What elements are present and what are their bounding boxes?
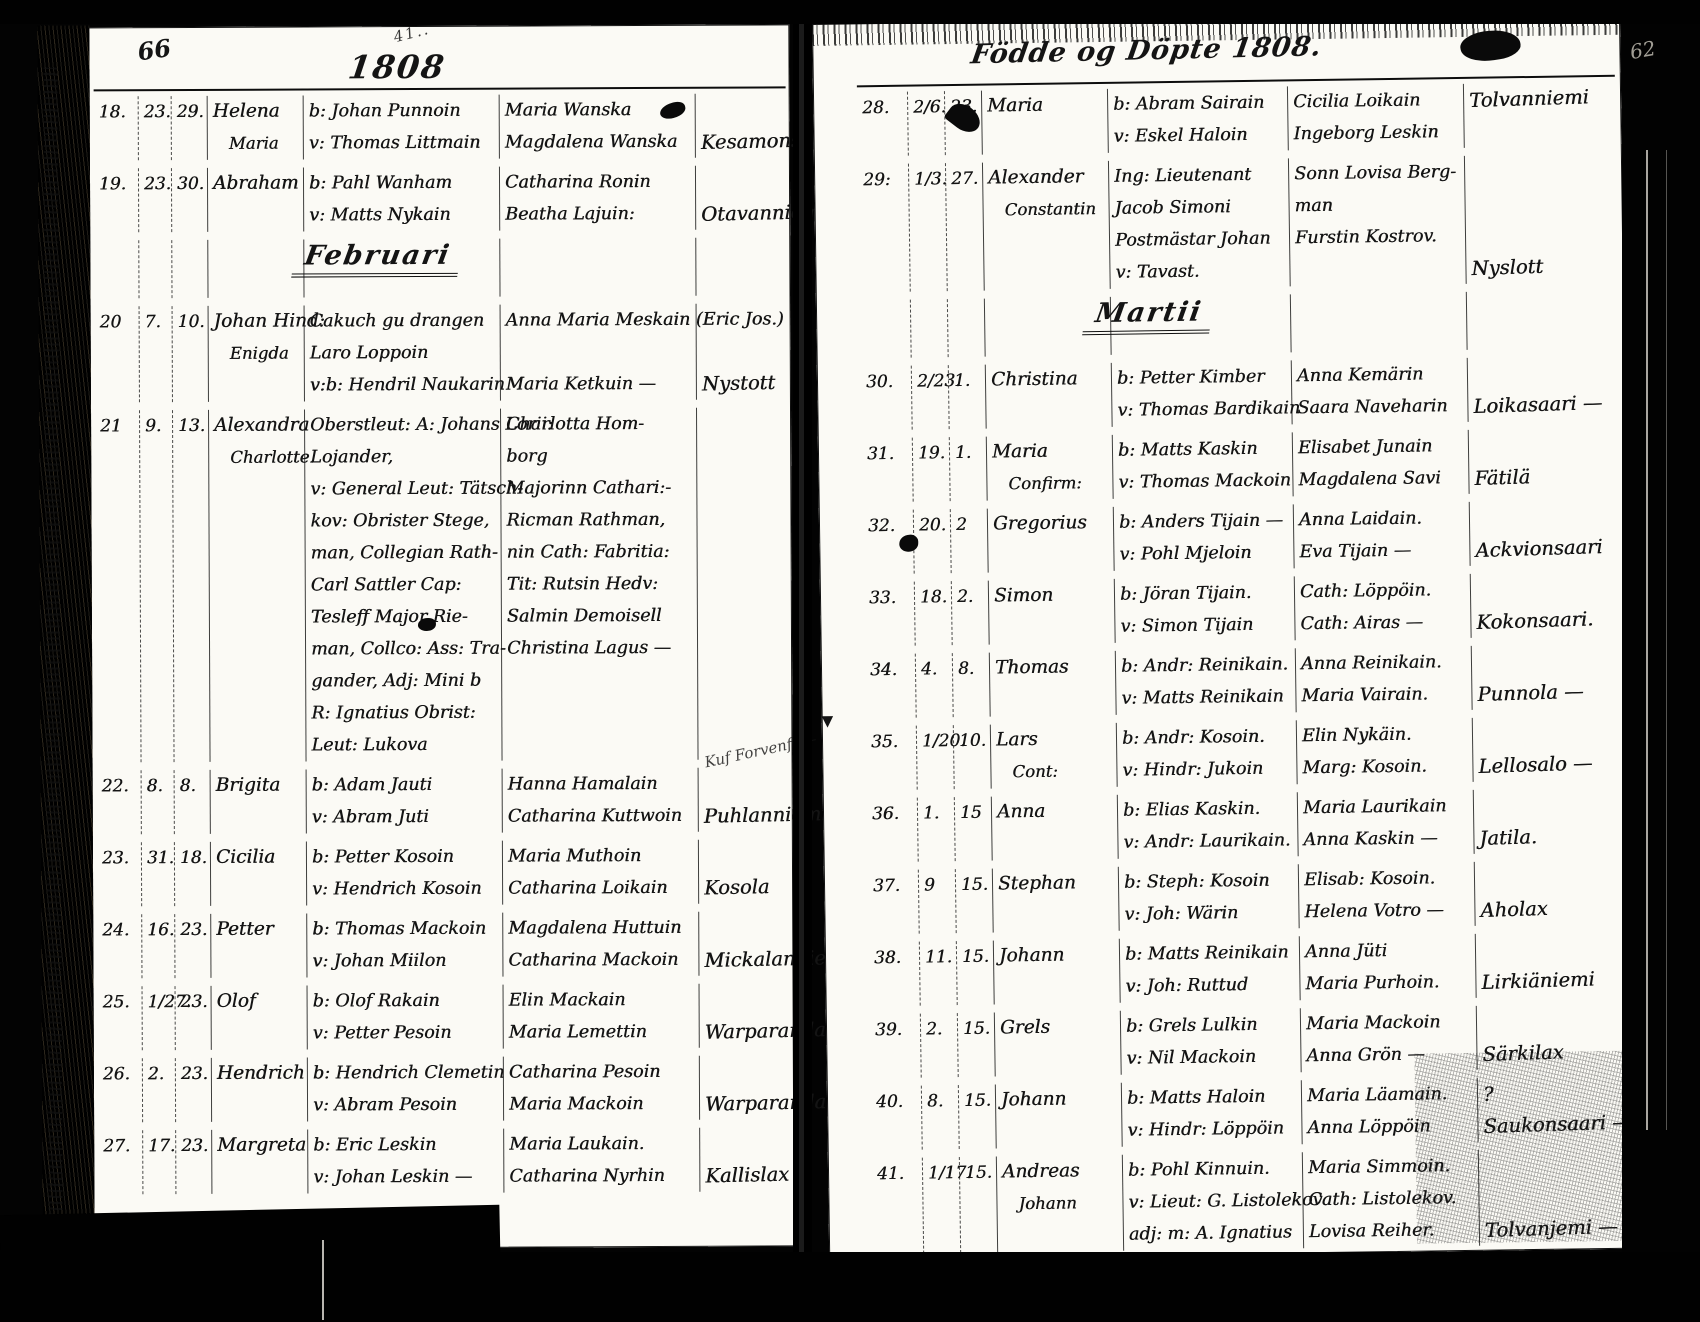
- entry-line: 23.: [181, 986, 209, 1018]
- entry-line: borg: [506, 440, 694, 473]
- entry-line: Olof: [217, 986, 305, 1018]
- scan-noise-bottom-right: [1414, 1051, 1627, 1244]
- homestead-place: Lirkiäniemi: [1475, 932, 1628, 998]
- entry-number: 20: [95, 306, 139, 402]
- born-day: 1/27.: [142, 986, 175, 1050]
- fathers-witnesses: b: Matts Kaskinv: Thomas Mackoin: [1112, 432, 1293, 499]
- entry-line: v: Hindr: Löppöin: [1127, 1112, 1299, 1146]
- entry-line: 39.: [875, 1014, 918, 1047]
- register-row: 34.4.8.Thomasb: Andr: Reinikain.v: Matts…: [865, 639, 1624, 722]
- fathers-witnesses: b: Matts Haloinv: Hindr: Löppöin: [1121, 1080, 1302, 1147]
- baptized-day: 10.: [953, 725, 991, 790]
- entry-line: 18.: [99, 96, 136, 128]
- entry-line: 33.: [869, 582, 912, 615]
- right-scan-border: 62: [1622, 0, 1700, 1322]
- register-row: 24.16.23.Petterb: Thomas Mackoinv: Johan…: [97, 906, 789, 981]
- fathers-witnesses: Oberstleut: A: Johans Lorii:Lojander,v: …: [304, 409, 502, 762]
- entry-line: Elin Nykäin.: [1302, 718, 1470, 752]
- child-name: Brigita: [210, 770, 306, 834]
- register-row: 219.13.AlexandraCharlotte.Oberstleut: A:…: [95, 402, 789, 765]
- born-day: 1/3.: [908, 163, 947, 292]
- entry-line: 20.: [919, 509, 948, 541]
- born-day: 1/20.: [916, 725, 954, 790]
- entry-line: Alexandra: [214, 410, 302, 442]
- mothers-witnesses: Maria LaurikainAnna Kaskin —: [1297, 790, 1474, 856]
- child-name: LarsCont:: [990, 723, 1117, 789]
- fathers-witnesses: b: Petter Kimberv: Thomas Bardikain: [1111, 360, 1292, 427]
- entry-line: b: Steph: Kosoin: [1124, 864, 1296, 898]
- entry-line: 15.: [963, 1013, 992, 1045]
- child-name: Petter: [210, 914, 306, 978]
- baptized-day: 8.: [952, 653, 990, 718]
- child-name: Olof: [211, 986, 307, 1050]
- entry-line: 1.: [923, 797, 952, 829]
- entry-line: Johan Hind:: [214, 306, 302, 338]
- place-line: Nyslott: [1471, 249, 1616, 286]
- born-day: 2/6.: [907, 91, 945, 156]
- baptized-day: 15.: [957, 1013, 995, 1078]
- homestead-place: Loikasaari —: [1467, 356, 1620, 422]
- entry-line: Maria Mackoin: [509, 1088, 697, 1121]
- entry-line: Christina Lagus —: [507, 632, 695, 665]
- entry-line: Johann: [999, 939, 1117, 973]
- entry-line: Maria Laurikain: [1303, 790, 1471, 824]
- grid-cell: [138, 240, 171, 298]
- born-day: 18.: [914, 581, 952, 646]
- place-line: Lirkiäniemi: [1481, 962, 1626, 999]
- entry-line: 29:: [863, 164, 906, 197]
- entry-line: Anna Kaskin —: [1303, 822, 1471, 856]
- entry-line: Anna Kemärin: [1297, 358, 1465, 392]
- entry-line: 7.: [145, 306, 170, 338]
- entry-line: v: Hindr: Jukoin: [1122, 752, 1294, 786]
- entry-line: 13.: [178, 410, 206, 442]
- place-line: Fätilä: [1474, 459, 1619, 496]
- entry-line: man, Collegian Rath-: [311, 537, 499, 570]
- register-row: 31.19.1.MariaConfirm:b: Matts Kaskinv: T…: [862, 423, 1621, 506]
- entry-line: Maria Mackoin: [1306, 1006, 1474, 1040]
- place-line: [1473, 427, 1618, 464]
- entry-line: b: Jöran Tijain.: [1120, 576, 1292, 610]
- entry-line: 36.: [872, 798, 915, 831]
- fathers-witnesses: Cakuch gu drangenLaro Loppoinv:b: Hendri…: [304, 305, 500, 402]
- entry-line: 23.: [144, 96, 169, 128]
- entry-line: Salmin Demoisell: [507, 600, 695, 633]
- entry-line: b: Abram Sairain: [1113, 86, 1285, 120]
- entry-line: Maria Ketkuin —: [506, 368, 694, 401]
- fathers-witnesses: b: Elias Kaskin.v: Andr: Laurikain.: [1117, 792, 1298, 859]
- entry-line: Charlotte.: [214, 442, 302, 474]
- grid-cell: [910, 299, 948, 358]
- homestead-place: Nyslott: [1464, 154, 1618, 284]
- place-line: Kosola: [704, 871, 788, 905]
- entry-line: v: Johan Miilon: [312, 945, 500, 978]
- entry-number: 18.: [94, 96, 138, 160]
- born-day: 20.: [913, 509, 951, 574]
- entry-line: b: Petter Kimber: [1117, 360, 1289, 394]
- place-line: Kokonsaari.: [1476, 603, 1621, 640]
- entry-line: v: Matts Nykain: [309, 199, 497, 232]
- entry-line: b: Matts Haloin: [1127, 1080, 1299, 1114]
- right-page-title: Födde og Döpte 1808.: [969, 31, 1324, 70]
- entry-line: v:b: Hendril Naukarin: [310, 369, 498, 402]
- child-name: Johann: [993, 939, 1120, 1005]
- baptized-day: 23.: [175, 1130, 211, 1194]
- born-day: 23.: [138, 168, 171, 232]
- fathers-witnesses: Ing: LieutenantJacob SimoniPostmästar Jo…: [1108, 158, 1290, 289]
- entry-line: b: Andr: Reinikain.: [1121, 648, 1293, 682]
- entry-line: 21: [100, 410, 137, 442]
- place-line: [1474, 499, 1619, 536]
- child-name: HelenaMaria: [207, 96, 303, 160]
- child-name: Margreta: [211, 1130, 307, 1194]
- entry-line: 18.: [920, 581, 949, 613]
- child-name: Thomas: [989, 651, 1116, 717]
- entry-line: 1/3.: [914, 163, 943, 195]
- fathers-witnesses: b: Andr: Reinikain.v: Matts Reinikain: [1115, 648, 1296, 715]
- page-edge-streak: [1646, 150, 1648, 1130]
- register-row: 23.31.18.Ciciliab: Petter Kosoinv: Hendr…: [97, 834, 789, 909]
- baptized-day: 18.: [174, 842, 210, 906]
- register-row: 33.18.2.Simonb: Jöran Tijain.v: Simon Ti…: [864, 567, 1623, 650]
- entry-line: 2.: [957, 581, 986, 613]
- entry-line: v: Thomas Littmain: [309, 127, 497, 160]
- fathers-witnesses: b: Petter Kosoinv: Hendrich Kosoin: [306, 841, 502, 906]
- born-day: 7.: [139, 306, 172, 402]
- entry-number: 29:: [858, 164, 910, 293]
- homestead-place: Jatila.: [1473, 788, 1626, 854]
- mothers-witnesses: Magdalena HuttuinCatharina Mackoin: [502, 912, 698, 977]
- entry-line: 2: [956, 509, 985, 541]
- register-row: 35.1/20.10.LarsCont:b: Andr: Kosoin.v: H…: [866, 711, 1625, 794]
- page-edge-streak: [1666, 150, 1667, 1130]
- entry-line: 28.: [862, 92, 905, 125]
- entry-line: Carl Sattler Cap:: [311, 569, 499, 602]
- register-row: 29:1/3.27.AlexanderConstantinIng: Lieute…: [858, 149, 1618, 296]
- entry-line: Ingeborg Leskin: [1293, 116, 1461, 150]
- entry-number: 35.: [866, 726, 917, 791]
- entry-line: 2.: [148, 1058, 173, 1090]
- entry-line: Beatha Lajuin:: [505, 198, 693, 231]
- homestead-place: Ackvionsaari: [1469, 500, 1622, 566]
- entry-line: Confirm:: [992, 467, 1110, 501]
- entry-line: Tit: Rutsin Hedv:: [507, 568, 695, 601]
- child-name: Johan Hind:Enigda: [208, 306, 304, 402]
- child-name: AndreasJohann: [996, 1155, 1123, 1253]
- entry-line: Catharina Pesoin: [509, 1056, 697, 1089]
- entry-line: 1.: [955, 437, 984, 469]
- entry-number: 25.: [98, 986, 142, 1050]
- entry-line: 17.: [148, 1130, 173, 1162]
- born-day: 8.: [141, 770, 174, 834]
- entry-line: 15: [960, 797, 989, 829]
- child-name: MariaConfirm:: [986, 435, 1113, 501]
- entry-line: Catharina Kuttwoin: [508, 800, 696, 833]
- entry-line: 2/6.: [913, 91, 942, 123]
- register-row: 18.23.29.HelenaMariab: Johan Punnoinv: T…: [94, 88, 786, 163]
- entry-line: Cont:: [996, 755, 1114, 789]
- entry-line: Alexander: [988, 161, 1106, 195]
- entry-line: 15.: [964, 1085, 993, 1117]
- entry-line: Charlotta Hom-: [506, 408, 694, 441]
- born-day: 9: [918, 869, 956, 934]
- month-heading-row: Februari: [94, 232, 786, 301]
- child-name: Stephan: [992, 867, 1119, 933]
- entry-line: 10.: [959, 725, 988, 757]
- place-line: [1470, 153, 1615, 190]
- entry-line: Sonn Lovisa Berg-: [1294, 156, 1462, 190]
- entry-line: Margreta: [217, 1130, 305, 1162]
- entry-line: 9.: [145, 410, 170, 442]
- entry-line: 23.: [181, 1130, 209, 1162]
- entry-line: Anna Reinikain.: [1301, 646, 1469, 680]
- entry-line: 15.: [965, 1157, 994, 1189]
- entry-number: 26.: [98, 1058, 142, 1122]
- homestead-place: Tolvanniemi: [1463, 82, 1616, 148]
- register-row: 38.11.15.Johannb: Matts Reinikainv: Joh:…: [869, 927, 1628, 1010]
- mothers-witnesses: Sonn Lovisa Berg-manFurstin Kostrov.: [1288, 156, 1466, 286]
- entry-line: 1/17.: [928, 1157, 957, 1189]
- baptized-day: 2.: [951, 581, 989, 646]
- child-name: Gregorius: [987, 507, 1114, 573]
- entry-line: 23.: [144, 168, 169, 200]
- entry-line: Anna Laidain.: [1299, 502, 1467, 536]
- entry-number: 41.: [872, 1158, 923, 1255]
- entry-line: v: Joh: Ruttud: [1125, 968, 1297, 1002]
- entry-line: Catharina Ronin: [505, 166, 693, 199]
- entry-line: b: Matts Reinikain: [1125, 936, 1297, 970]
- entry-number: 40.: [871, 1086, 922, 1151]
- entry-line: Anna Jüti: [1305, 934, 1473, 968]
- entry-line: v: Petter Pesoin: [313, 1017, 501, 1050]
- entry-line: gander, Adj: Mini b: [311, 665, 499, 698]
- entry-line: 9: [924, 869, 953, 901]
- entry-line: v: Abram Juti: [312, 801, 500, 834]
- baptized-day: 10.: [172, 306, 208, 402]
- entry-line: 8.: [958, 653, 987, 685]
- place-line: [1479, 787, 1624, 824]
- place-line: [1478, 715, 1623, 752]
- fathers-witnesses: b: Eric Leskinv: Johan Leskin —: [307, 1129, 503, 1194]
- entry-line: 11.: [925, 941, 954, 973]
- fathers-witnesses: b: Steph: Kosoinv: Joh: Wärin: [1118, 864, 1299, 931]
- bottom-scan-border: [0, 1252, 1700, 1322]
- register-row: 26.2.23.Hendrichb: Hendrich Clemetinv: A…: [98, 1050, 790, 1125]
- entry-line: 27.: [951, 163, 980, 195]
- entry-line: 41.: [877, 1158, 920, 1191]
- child-name: Simon: [988, 579, 1115, 645]
- entry-line: Cath: Airas —: [1300, 606, 1468, 640]
- entry-line: [506, 336, 694, 369]
- entry-line: Gregorius: [993, 507, 1111, 541]
- place-line: [1472, 355, 1617, 392]
- entry-number: 31.: [862, 438, 913, 503]
- entry-line: Maria Purhoin.: [1305, 966, 1473, 1000]
- entry-line: Grels: [1000, 1011, 1118, 1045]
- born-day: 17.: [142, 1130, 175, 1194]
- grid-cell: [860, 300, 911, 359]
- entry-line: Catharina Loikain: [508, 872, 696, 905]
- entry-number: 33.: [864, 582, 915, 647]
- entry-line: 1.: [954, 365, 983, 397]
- entry-line: Maria: [213, 128, 301, 160]
- baptized-day: 23.: [175, 1058, 211, 1122]
- born-day: 9.: [139, 410, 174, 762]
- entry-line: v: Abram Pesoin: [313, 1089, 501, 1122]
- left-page-title: 1808: [346, 48, 448, 86]
- baptized-day: 1.: [948, 365, 986, 430]
- entry-line: 16.: [147, 914, 172, 946]
- mothers-witnesses: Anna Maria Meskain (Eric Jos.)Maria Ketk…: [500, 304, 696, 401]
- entry-line: Maria: [987, 89, 1105, 123]
- born-day: 19.: [912, 437, 950, 502]
- entry-number: 37.: [868, 870, 919, 935]
- entry-line: Petter: [216, 914, 304, 946]
- entry-line: Elin Mackain: [509, 984, 697, 1017]
- grid-cell: [695, 237, 786, 295]
- entry-line: v: Eskel Haloin: [1113, 118, 1285, 152]
- mothers-witnesses: Maria WanskaMagdalena Wanska: [499, 94, 695, 159]
- baptized-day: 1.: [949, 437, 987, 502]
- fathers-witnesses: b: Pahl Wanhamv: Matts Nykain: [303, 167, 499, 232]
- register-row: 27.17.23.Margretab: Eric Leskinv: Johan …: [98, 1122, 790, 1197]
- place-line: [705, 1127, 789, 1161]
- mothers-witnesses: Elin MackainMaria Lemettin: [503, 984, 699, 1049]
- entry-line: 8.: [147, 770, 172, 802]
- entry-line: 23.: [180, 914, 208, 946]
- mothers-witnesses: Cicilia LoikainIngeborg Leskin: [1287, 84, 1464, 150]
- fathers-witnesses: b: Hendrich Clemetinv: Abram Pesoin: [307, 1057, 503, 1122]
- place-line: Nystott: [702, 367, 786, 401]
- child-name: Cicilia: [210, 842, 306, 906]
- entry-line: v: Andr: Laurikain.: [1123, 824, 1295, 858]
- fathers-witnesses: b: Adam Jautiv: Abram Juti: [306, 769, 502, 834]
- baptized-day: 15.: [955, 869, 993, 934]
- mothers-witnesses: Elisab: Kosoin.Helena Votro —: [1298, 862, 1475, 928]
- margin-arrow-icon: ▼: [822, 712, 834, 730]
- entry-line: 23.: [181, 1058, 209, 1090]
- register-table-left: 18.23.29.HelenaMariab: Johan Punnoinv: T…: [94, 86, 791, 1197]
- entry-line: v: Thomas Bardikain: [1117, 392, 1289, 426]
- entry-line: Postmästar Johan: [1115, 222, 1287, 256]
- entry-line: Catharina Mackoin: [508, 944, 696, 977]
- baptized-day: 15.: [958, 1085, 996, 1150]
- entry-number: 28.: [857, 92, 908, 157]
- entry-line: Magdalena Huttuin: [508, 912, 696, 945]
- entry-line: Hanna Hamalain: [508, 768, 696, 801]
- entry-line: Elisab: Kosoin.: [1304, 862, 1472, 896]
- baptized-day: 29.: [171, 96, 207, 160]
- entry-number: 22.: [97, 770, 141, 834]
- born-day: 4.: [915, 653, 953, 718]
- entry-line: 15.: [961, 869, 990, 901]
- place-line: Kallislax: [705, 1159, 789, 1193]
- entry-line: 35.: [871, 726, 914, 759]
- entry-line: 1/20.: [922, 725, 951, 757]
- entry-line: 8.: [927, 1085, 956, 1117]
- register-row: 22.8.8.Brigitab: Adam Jautiv: Abram Juti…: [97, 762, 789, 837]
- entry-line: Constantin: [988, 193, 1106, 227]
- entry-line: Cath: Löppöin.: [1300, 574, 1468, 608]
- entry-line: b: Andr: Kosoin.: [1122, 720, 1294, 754]
- register-row: 207.10.Johan Hind:EnigdaCakuch gu drange…: [95, 298, 787, 405]
- born-day: 11.: [919, 941, 957, 1006]
- entry-line: b: Grels Lulkin: [1126, 1008, 1298, 1042]
- grid-cell: [499, 238, 695, 297]
- entry-line: v: Simon Tijain: [1120, 608, 1292, 642]
- entry-line: Johann: [1001, 1083, 1119, 1117]
- entry-number: 24.: [97, 914, 141, 978]
- entry-number: 30.: [861, 366, 912, 431]
- entry-line: b: Thomas Mackoin: [312, 913, 500, 946]
- place-line: Lellosalo —: [1478, 747, 1623, 784]
- mothers-witnesses: Anna KemärinSaara Naveharin: [1291, 358, 1468, 424]
- place-line: [1480, 858, 1625, 895]
- baptized-day: 27.: [945, 163, 984, 292]
- entry-number: 21: [95, 410, 141, 762]
- page-number-left: 66: [136, 33, 173, 66]
- entry-line: 37.: [873, 870, 916, 903]
- homestead-place: Fätilä: [1468, 428, 1621, 494]
- baptized-day: 23.: [175, 986, 211, 1050]
- entry-line: 22.: [102, 770, 139, 802]
- child-name: Grels: [994, 1011, 1121, 1077]
- entry-line: Lars: [996, 723, 1114, 757]
- register-row: 36.1.15Annab: Elias Kaskin.v: Andr: Laur…: [867, 783, 1626, 866]
- entry-line: b: Pahl Wanham: [309, 167, 497, 200]
- entry-line: Andreas: [1002, 1155, 1120, 1189]
- entry-line: Cakuch gu drangen: [310, 305, 498, 338]
- entry-line: Simon: [994, 579, 1112, 613]
- entry-number: 19.: [94, 168, 138, 232]
- entry-line: Christina: [991, 363, 1109, 397]
- homestead-place: Punnola —: [1471, 644, 1624, 710]
- baptized-day: 15: [954, 797, 992, 862]
- right-page: Födde og Döpte 1808. 28.2/6.23.Mariab: A…: [812, 13, 1637, 1260]
- entry-line: Hendrich: [217, 1058, 305, 1090]
- mothers-witnesses: Elin Nykäin.Marg: Kosoin.: [1296, 718, 1473, 784]
- entry-line: Magdalena Wanska: [505, 126, 693, 159]
- mothers-witnesses: Maria MuthoinCatharina Loikain: [502, 840, 698, 905]
- entry-line: kov: Obrister Stege,: [310, 505, 498, 538]
- mothers-witnesses: Catharina RoninBeatha Lajuin:: [499, 166, 695, 231]
- child-name: Maria: [981, 89, 1108, 155]
- entry-line: 23.: [102, 842, 139, 874]
- entry-line: 15.: [962, 941, 991, 973]
- entry-line: Maria Lemettin: [509, 1016, 697, 1049]
- homestead-place: Kosola: [698, 839, 789, 903]
- entry-line: 38.: [874, 942, 917, 975]
- entry-line: 31.: [147, 842, 172, 874]
- born-day: 2/23.: [911, 365, 949, 430]
- homestead-place: Kokonsaari.: [1470, 572, 1623, 638]
- binding-gutter: [793, 22, 812, 1266]
- entry-line: Tesleff Major Rie-: [311, 601, 499, 634]
- entry-line: Enigda: [214, 338, 302, 370]
- grid-cell: [94, 240, 138, 298]
- entry-line: Maria Laukain.: [509, 1128, 697, 1161]
- baptized-day: 15.: [956, 941, 994, 1006]
- entry-line: b: Hendrich Clemetin: [313, 1057, 501, 1090]
- entry-line: v: General Leut: Tätsch-: [310, 473, 498, 506]
- entry-line: R: Ignatius Obrist:: [311, 697, 499, 730]
- mothers-witnesses: Anna Laidain.Eva Tijain —: [1293, 502, 1470, 568]
- left-page: 66 41.. 1808 18.23.29.HelenaMariab: Joha…: [47, 24, 794, 1249]
- entry-line: Eva Tijain —: [1299, 534, 1467, 568]
- entry-line: b: Pohl Kinnuin.: [1128, 1152, 1300, 1186]
- fathers-witnesses: b: Olof Rakainv: Petter Pesoin: [307, 985, 503, 1050]
- entry-line: v: Joh: Wärin: [1124, 896, 1296, 930]
